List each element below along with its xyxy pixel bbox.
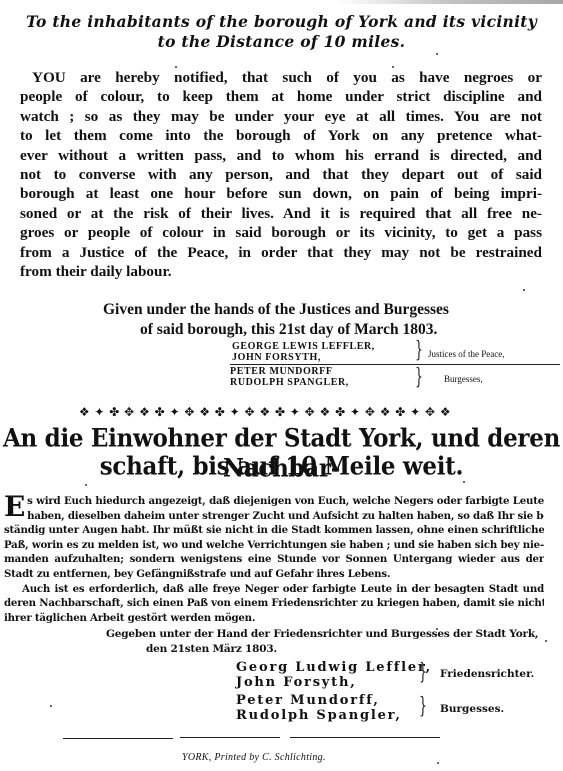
german-body-line: Auch ist es erforderlich, daß alle freye… xyxy=(4,582,544,597)
signature-rule xyxy=(230,364,560,365)
brace-icon: } xyxy=(415,340,423,362)
german-given-line-2: den 21sten März 1803. xyxy=(146,643,277,655)
english-body-line: from a Justice of the Peace, in order th… xyxy=(20,243,542,262)
scan-speck xyxy=(392,66,394,68)
german-body-line: ihrer täglichen Arbeit gestört werden mö… xyxy=(4,611,544,626)
german-body-line: haben, dieselben daheim unter strenger Z… xyxy=(27,509,544,524)
german-title-line-2: schaft, bis auf 10 Meile weit. xyxy=(0,452,563,482)
scan-speck xyxy=(50,705,52,707)
scan-speck xyxy=(436,53,438,55)
english-title-line-1: To the inhabitants of the borough of Yor… xyxy=(0,12,563,32)
footer-rule xyxy=(290,737,440,738)
english-body-line: watch ; so as they may be under your eye… xyxy=(20,107,542,126)
english-body-line: to let them come into the borough of Yor… xyxy=(20,126,542,145)
german-role-justices: Friedensrichter. xyxy=(440,668,534,680)
german-body-line: manden aufzuhalten; sondern wenigstens e… xyxy=(4,552,544,567)
english-body-line: YOU are hereby notified, that such of yo… xyxy=(20,68,542,87)
scan-speck xyxy=(523,289,525,291)
english-body-line: soned or at the risk of their lives. And… xyxy=(20,204,542,223)
english-body-line: ever without a written pass, and to whom… xyxy=(20,146,542,165)
scan-speck xyxy=(85,484,87,486)
german-body-line: Paß, worin es zu melden ist, wo und welc… xyxy=(4,538,544,553)
german-body-line: Stadt zu entfernen, bey Gefängnißstrafe … xyxy=(4,567,544,582)
scan-speck xyxy=(436,628,438,630)
printer-imprint: YORK, Printed by C. Schlichting. xyxy=(182,752,326,763)
english-body-line: borough at least one hour before sun dow… xyxy=(20,184,542,203)
english-body-line: not to converse with any person, and tha… xyxy=(20,165,542,184)
german-signatory-justice-2: John Forsyth, xyxy=(236,675,357,690)
scan-speck xyxy=(437,762,439,764)
german-signatory-burgess-1: Peter Mundorff, xyxy=(236,693,380,708)
english-role-justices: Justices of the Peace, xyxy=(428,349,504,359)
german-role-burgesses: Burgesses. xyxy=(440,703,504,715)
english-signatory-burgess-2: RUDOLPH SPANGLER, xyxy=(230,377,349,389)
german-body-line: deren Nachbarschaft, sich einen Paß von … xyxy=(4,596,544,611)
english-given-line-2: of said borough, this 21st day of March … xyxy=(140,320,437,339)
scan-edge-shadow xyxy=(0,0,563,4)
english-body-line: groes or people of colour in said boroug… xyxy=(20,223,542,242)
german-body-line: ständig unter Augen habt. Ihr müßt sie n… xyxy=(4,523,544,538)
footer-rule xyxy=(180,737,280,738)
scan-speck xyxy=(175,66,177,68)
english-notice-body: YOU are hereby notified, that such of yo… xyxy=(20,68,542,281)
brace-icon: } xyxy=(415,367,423,389)
ornamental-divider: ❖ ✦ ✤ ✥ ❖ ✤ ✦ ✥ ❖ ✤ ✦ ✥ ❖ ✤ ✦ ✥ ❖ ✤ ✦ ✥ … xyxy=(70,405,460,419)
german-signatory-justice-1: Georg Ludwig Leffler, xyxy=(236,660,432,675)
german-given-line-1: Gegeben unter der Hand der Friedensricht… xyxy=(106,628,538,640)
german-notice-body: E s wird Euch hiedurch angezeigt, daß di… xyxy=(4,494,544,625)
scan-speck xyxy=(463,481,465,483)
scan-speck xyxy=(545,640,547,642)
footer-rule xyxy=(63,738,173,739)
german-signatory-burgess-2: Rudolph Spangler, xyxy=(236,708,402,723)
english-given-line-1: Given under the hands of the Justices an… xyxy=(103,300,449,319)
german-body-line: s wird Euch hiedurch angezeigt, daß diej… xyxy=(27,494,544,509)
english-signatory-justice-2: JOHN FORSYTH, xyxy=(232,352,321,364)
brace-icon: } xyxy=(419,696,427,718)
german-dropcap: E xyxy=(4,494,25,520)
english-role-burgesses: Burgesses, xyxy=(444,374,483,384)
english-title-line-2: to the Distance of 10 miles. xyxy=(0,32,563,52)
english-body-line: from their daily labour. xyxy=(20,262,542,281)
english-body-line: people of colour, to keep them at home u… xyxy=(20,87,542,106)
brace-icon: } xyxy=(419,662,427,684)
